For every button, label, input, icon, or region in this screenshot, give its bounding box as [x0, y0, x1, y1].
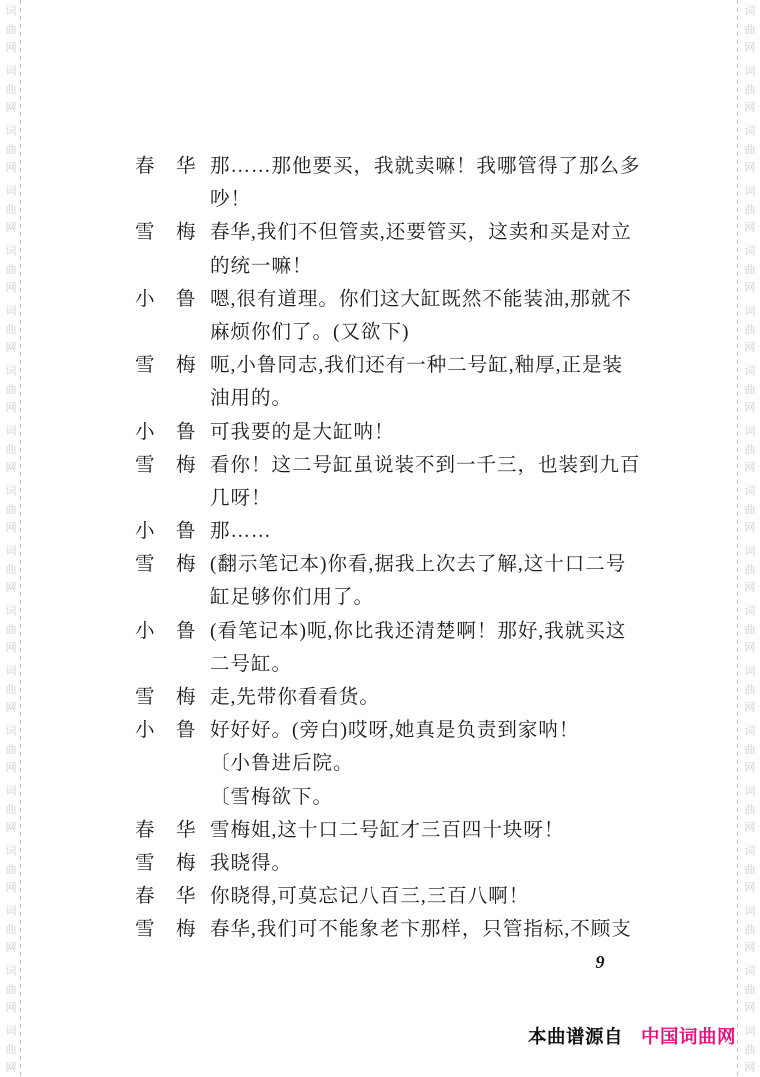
dialogue-text: 春华,我们可不能象老卞那样，只管指标,不顾支: [210, 913, 675, 946]
watermark-text: 词曲网: [3, 902, 19, 962]
page-number: 9: [560, 952, 640, 973]
speaker-name: 春 华: [135, 814, 210, 847]
watermark-text: 词曲网: [742, 482, 758, 542]
dialogue-text: 走,先带你看看货。: [210, 681, 675, 714]
dialogue-text: 春华,我们不但管卖,还要管买，这卖和买是对立的统一嘛！: [210, 216, 675, 282]
dialogue-text: 〔雪梅欲下。: [210, 781, 675, 814]
watermark-text: 词曲网: [3, 422, 19, 482]
watermark-text: 词曲网: [3, 62, 19, 122]
watermark-text: 词曲网: [3, 362, 19, 422]
watermark-text: 词曲网: [3, 122, 19, 182]
speaker-name: 小 鲁: [135, 714, 210, 747]
watermark-text: 词曲网: [3, 722, 19, 782]
dialogue-line: 春华,我们不但管卖,还要管买，这卖和买是对立: [210, 216, 675, 249]
watermark-text: 词曲网: [3, 302, 19, 362]
dialogue-text: (翻示笔记本)你看,据我上次去了解,这十口二号缸足够你们用了。: [210, 548, 675, 614]
dialogue-text: 呃,小鲁同志,我们还有一种二号缸,釉厚,正是装油用的。: [210, 349, 675, 415]
dialogue-entry: 雪 梅看你！这二号缸虽说装不到一千三，也装到九百几呀！: [135, 449, 675, 515]
dialogue-line: 二号缸。: [210, 648, 675, 681]
dialogue-text: 好好好。(旁白)哎呀,她真是负责到家呐！: [210, 714, 675, 747]
dialogue-entry: 雪 梅呃,小鲁同志,我们还有一种二号缸,釉厚,正是装油用的。: [135, 349, 675, 415]
dialogue-line: (看笔记本)呃,你比我还清楚啊！那好,我就买这: [210, 615, 675, 648]
dialogue-text: 嗯,很有道理。你们这大缸既然不能装油,那就不麻烦你们了。(又欲下): [210, 283, 675, 349]
dialogue-line: 〔雪梅欲下。: [210, 781, 675, 814]
speaker-name: [135, 781, 210, 814]
watermark-text: 词曲网: [3, 542, 19, 602]
dialogue-line: 走,先带你看看货。: [210, 681, 675, 714]
dialogue-line: 那……那他要买，我就卖嘛！我哪管得了那么多: [210, 150, 675, 183]
watermark-text: 词曲网: [3, 782, 19, 842]
dialogue-line: 你晓得,可莫忘记八百三,三百八啊！: [210, 880, 675, 913]
watermark-text: 词曲网: [742, 602, 758, 662]
speaker-name: 春 华: [135, 150, 210, 183]
dialogue-line: 麻烦你们了。(又欲下): [210, 316, 675, 349]
speaker-name: 春 华: [135, 880, 210, 913]
watermark-text: 词曲网: [3, 1022, 19, 1077]
dialogue-line: 那……: [210, 515, 675, 548]
stage-direction: 〔雪梅欲下。: [135, 781, 675, 814]
watermark-text: 词曲网: [3, 482, 19, 542]
dialogue-line: 嗯,很有道理。你们这大缸既然不能装油,那就不: [210, 283, 675, 316]
speaker-name: 小 鲁: [135, 615, 210, 648]
watermark-text: 词曲网: [3, 602, 19, 662]
dialogue-text: 我晓得。: [210, 847, 675, 880]
dialogue-text: (看笔记本)呃,你比我还清楚啊！那好,我就买这二号缸。: [210, 615, 675, 681]
speaker-name: 雪 梅: [135, 548, 210, 581]
dialogue-entry: 小 鲁(看笔记本)呃,你比我还清楚啊！那好,我就买这二号缸。: [135, 615, 675, 681]
watermark-text: 词曲网: [3, 242, 19, 302]
watermark-text: 词曲网: [3, 2, 19, 62]
dialogue-line: 看你！这二号缸虽说装不到一千三，也装到九百: [210, 449, 675, 482]
watermark-text: 词曲网: [742, 242, 758, 302]
script-area: 春 华那……那他要买，我就卖嘛！我哪管得了那么多吵！雪 梅春华,我们不但管卖,还…: [135, 150, 675, 947]
dialogue-entry: 春 华雪梅姐,这十口二号缸才三百四十块呀！: [135, 814, 675, 847]
dialogue-line: 好好好。(旁白)哎呀,她真是负责到家呐！: [210, 714, 675, 747]
dialogue-text: 可我要的是大缸呐！: [210, 416, 675, 449]
watermark-text: 词曲网: [3, 962, 19, 1022]
dialogue-text: 那……那他要买，我就卖嘛！我哪管得了那么多吵！: [210, 150, 675, 216]
watermark-column-right: 词曲网词曲网词曲网词曲网词曲网词曲网词曲网词曲网词曲网词曲网词曲网词曲网词曲网词…: [742, 2, 758, 1077]
dialogue-line: 雪梅姐,这十口二号缸才三百四十块呀！: [210, 814, 675, 847]
watermark-text: 词曲网: [742, 722, 758, 782]
watermark-text: 词曲网: [742, 122, 758, 182]
watermark-text: 词曲网: [742, 182, 758, 242]
speaker-name: 雪 梅: [135, 349, 210, 382]
dialogue-entry: 春 华你晓得,可莫忘记八百三,三百八啊！: [135, 880, 675, 913]
speaker-name: 雪 梅: [135, 681, 210, 714]
watermark-text: 词曲网: [3, 842, 19, 902]
dialogue-line: 几呀！: [210, 482, 675, 515]
dashed-border-left: [20, 0, 21, 1077]
watermark-text: 词曲网: [742, 2, 758, 62]
dialogue-text: 雪梅姐,这十口二号缸才三百四十块呀！: [210, 814, 675, 847]
footer: 本曲谱源自 中国词曲网: [528, 1023, 736, 1049]
speaker-name: 雪 梅: [135, 449, 210, 482]
speaker-name: [135, 747, 210, 780]
dialogue-entry: 雪 梅春华,我们不但管卖,还要管买，这卖和买是对立的统一嘛！: [135, 216, 675, 282]
speaker-name: 小 鲁: [135, 515, 210, 548]
dialogue-text: 〔小鲁进后院。: [210, 747, 675, 780]
dashed-border-right: [737, 0, 738, 1077]
dialogue-line: 油用的。: [210, 382, 675, 415]
watermark-text: 词曲网: [742, 542, 758, 602]
watermark-text: 词曲网: [742, 362, 758, 422]
watermark-text: 词曲网: [742, 902, 758, 962]
speaker-name: 雪 梅: [135, 847, 210, 880]
dialogue-entry: 小 鲁嗯,很有道理。你们这大缸既然不能装油,那就不麻烦你们了。(又欲下): [135, 283, 675, 349]
watermark-text: 词曲网: [742, 962, 758, 1022]
dialogue-entry: 雪 梅(翻示笔记本)你看,据我上次去了解,这十口二号缸足够你们用了。: [135, 548, 675, 614]
dialogue-text: 你晓得,可莫忘记八百三,三百八啊！: [210, 880, 675, 913]
watermark-text: 词曲网: [3, 662, 19, 722]
dialogue-entry: 小 鲁好好好。(旁白)哎呀,她真是负责到家呐！: [135, 714, 675, 747]
dialogue-line: 呃,小鲁同志,我们还有一种二号缸,釉厚,正是装: [210, 349, 675, 382]
dialogue-line: 可我要的是大缸呐！: [210, 416, 675, 449]
speaker-name: 小 鲁: [135, 416, 210, 449]
dialogue-text: 那……: [210, 515, 675, 548]
watermark-column-left: 词曲网词曲网词曲网词曲网词曲网词曲网词曲网词曲网词曲网词曲网词曲网词曲网词曲网词…: [3, 2, 19, 1077]
watermark-text: 词曲网: [742, 302, 758, 362]
dialogue-entry: 雪 梅走,先带你看看货。: [135, 681, 675, 714]
stage-direction: 〔小鲁进后院。: [135, 747, 675, 780]
watermark-text: 词曲网: [742, 422, 758, 482]
dialogue-line: 的统一嘛！: [210, 250, 675, 283]
dialogue-entry: 雪 梅我晓得。: [135, 847, 675, 880]
dialogue-line: 缸足够你们用了。: [210, 581, 675, 614]
footer-site-name: 中国词曲网: [641, 1023, 736, 1049]
dialogue-line: 吵！: [210, 183, 675, 216]
dialogue-line: 我晓得。: [210, 847, 675, 880]
dialogue-entry: 雪 梅春华,我们可不能象老卞那样，只管指标,不顾支: [135, 913, 675, 946]
dialogue-line: (翻示笔记本)你看,据我上次去了解,这十口二号: [210, 548, 675, 581]
speaker-name: 雪 梅: [135, 913, 210, 946]
watermark-text: 词曲网: [742, 662, 758, 722]
dialogue-text: 看你！这二号缸虽说装不到一千三，也装到九百几呀！: [210, 449, 675, 515]
speaker-name: 雪 梅: [135, 216, 210, 249]
speaker-name: 小 鲁: [135, 283, 210, 316]
watermark-text: 词曲网: [742, 782, 758, 842]
dialogue-entry: 小 鲁那……: [135, 515, 675, 548]
watermark-text: 词曲网: [742, 62, 758, 122]
dialogue-entry: 小 鲁可我要的是大缸呐！: [135, 416, 675, 449]
watermark-text: 词曲网: [742, 1022, 758, 1077]
watermark-text: 词曲网: [3, 182, 19, 242]
footer-source-label: 本曲谱源自: [528, 1023, 623, 1049]
watermark-text: 词曲网: [742, 842, 758, 902]
dialogue-entry: 春 华那……那他要买，我就卖嘛！我哪管得了那么多吵！: [135, 150, 675, 216]
dialogue-line: 〔小鲁进后院。: [210, 747, 675, 780]
dialogue-line: 春华,我们可不能象老卞那样，只管指标,不顾支: [210, 913, 675, 946]
